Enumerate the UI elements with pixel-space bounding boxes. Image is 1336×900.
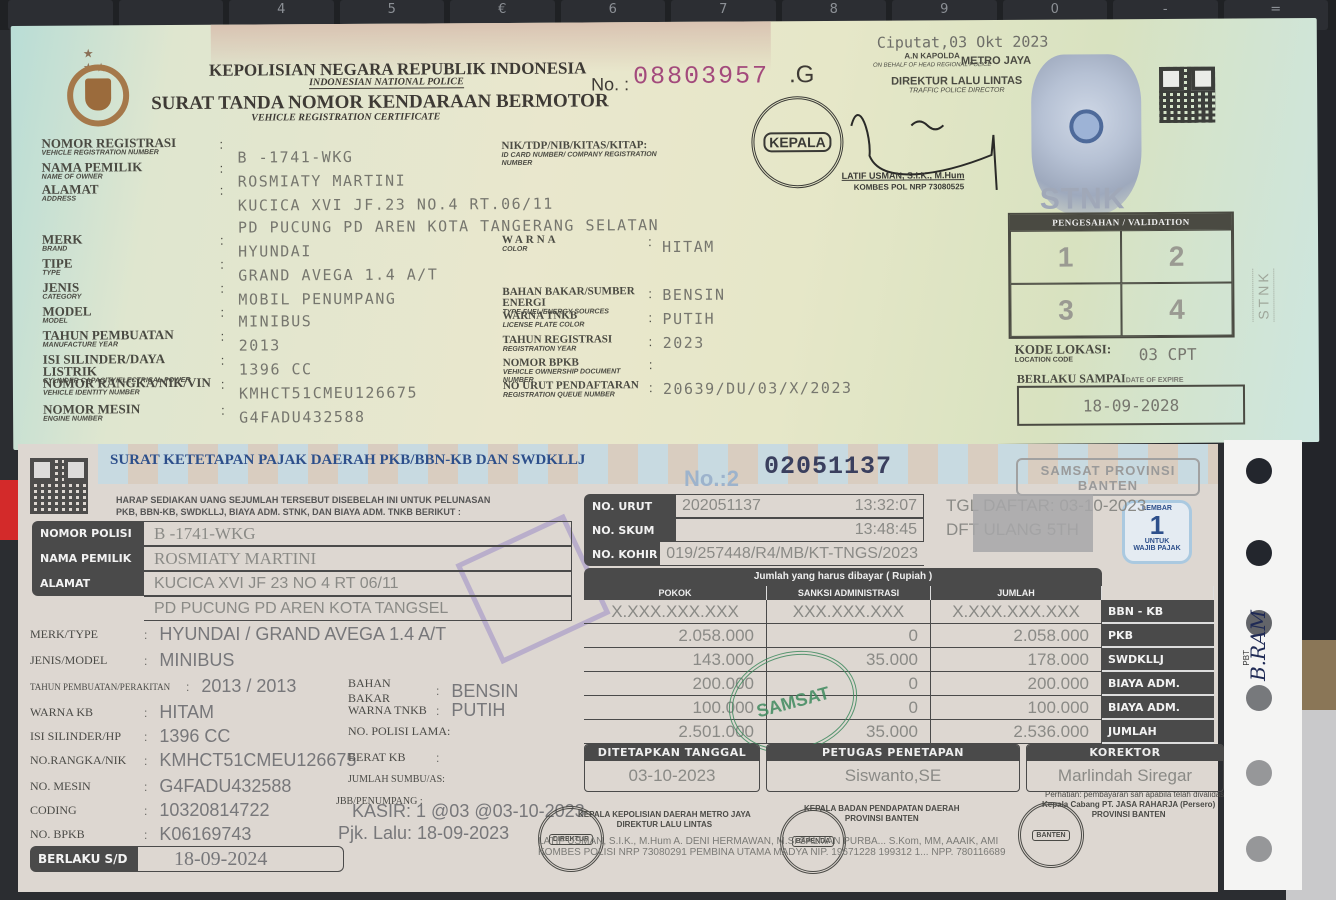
field-warna: WARNACOLOR : HITAM [502,234,715,257]
redaction-block [973,494,1093,552]
registry-table: NO. URUT 20205113713:32:07 NO. SKUM 13:4… [584,494,924,566]
punch-hole-icon [1246,836,1272,862]
ditetapkan-date: 03-10-2023 [585,761,759,791]
owner-label: ALAMAT [32,571,144,596]
director-title: DIREKTUR LALU LINTASTRAFFIC POLICE DIREC… [891,76,1022,97]
payment-row-label: JUMLAH [1102,720,1214,744]
validation-cell: 3 [1010,283,1121,337]
field-label: NOMOR REGISTRASIVEHICLE REGISTRATION NUM… [41,137,219,158]
police-emblem-icon: ★★★ [67,50,129,126]
payment-sanksi: XXX.XXX.XXX [767,600,931,624]
field-label: NOMOR MESINENGINE NUMBER [43,403,221,424]
payment-jumlah: 200.000 [931,672,1102,696]
validation-box: PENGESAHAN / VALIDATION 1 2 3 4 [1008,212,1235,339]
field-value: 20639/DU/03/X/2023 [663,379,853,398]
expiry-date: 18-09-2028 [1017,384,1245,425]
field-label: ALAMATADDRESS [42,183,220,204]
korektor-label: KOREKTOR [1027,745,1223,761]
registry-value: 202051137 [682,497,761,515]
field-label: MERKBRAND [42,233,220,254]
payment-jumlah: X.XXX.XXX.XXX [931,600,1102,624]
field-value: G4FADU432588 [239,408,365,427]
skpd-number-label: No.:2 [684,466,739,492]
field-value: 2023 [663,334,705,352]
payment-row-label: SWDKLLJ [1102,648,1214,672]
field-label: TAHUN REGISTRASIREGISTRATION YEAR [503,334,649,354]
official-stamp-icon: KEPALA [751,96,844,189]
field-label: JENISCATEGORY [42,281,220,302]
spec-merk-type: MERK/TYPE:HYUNDAI / GRAND AVEGA 1.4 A/T [30,624,446,645]
samsat-office-box: SAMSAT PROVINSIBANTEN [1016,458,1200,496]
skpd-number: 02051137 [764,452,892,481]
payment-row-label: BBN - KB [1102,600,1214,624]
agency-title-en: INDONESIAN NATIONAL POLICE [309,76,464,89]
spec-jenis-model: JENIS/MODEL:MINIBUS [30,650,234,671]
serial-suffix: .G [789,61,815,89]
spec-no-polisi-lama: NO. POLISI LAMA: [348,724,450,739]
owner-table: NOMOR POLISI B -1741-WKG NAMA PEMILIK RO… [32,521,572,621]
validation-title: PENGESAHAN / VALIDATION [1010,214,1232,231]
payment-sanksi: 0 [767,624,931,648]
field-label: MODELMODEL [42,305,220,326]
owner-row: NAMA PEMILIK ROSMIATY MARTINI [32,546,572,571]
owner-value: B -1741-WKG [144,521,572,546]
field-tahun-registrasi: TAHUN REGISTRASIREGISTRATION YEAR : 2023 [503,334,705,354]
owner-value: KUCICA XVI JF 23 NO 4 RT 06/11 [144,571,572,596]
punch-hole-icon [1246,540,1272,566]
payment-row-label: BIAYA ADM. TNKB [1102,696,1214,720]
payment-table: Jumlah yang harus dibayar ( Rupiah ) POK… [584,568,1224,744]
owner-label: NOMOR POLISI [32,521,144,546]
owner-row: NOMOR POLISI B -1741-WKG [32,521,572,546]
validation-cell: 4 [1121,283,1232,337]
payment-pokok: 143.000 [584,648,767,672]
punch-hole-icon [1246,458,1272,484]
valid-until: BERLAKU S/D 18-09-2024 [30,846,344,872]
field-label: NAMA PEMILIKNAME OF OWNER [42,161,220,182]
signatory-name: LATIF USMAN, S.I.K., M.Hum [842,170,965,181]
payment-title: Jumlah yang harus dibayar ( Rupiah ) [584,568,1102,586]
punch-hole-icon [1246,685,1272,711]
perforated-strip: PBT B.RAM [1224,440,1302,890]
payment-row-label: PKB [1102,624,1214,648]
petugas-name: Siswanto,SE [767,761,1019,791]
petugas-label: PETUGAS PENETAPAN [767,745,1019,761]
stnk-side-mark: STNK [1252,268,1274,321]
location-code: 03 CPT [1139,345,1197,364]
field-value: KUCICA XVI JF.23 NO.4 RT.06/11 [238,195,554,215]
signer-police: KEPALA KEPOLISIAN DAERAH METRO JAYADIREK… [578,810,751,830]
field-label: WARNA TNKBLICENSE PLATE COLOR [502,310,648,330]
field-alamat: ALAMATADDRESS : KUCICA XVI JF.23 NO.4 RT… [42,181,554,216]
validation-cell: 2 [1121,230,1232,284]
spec-warna-tnkb: WARNA TNKB:PUTIH [348,700,505,721]
signer-names: LATIF USMAN, S.I.K., M.Hum A. DENI HERMA… [538,836,1006,858]
ditetapkan-label: DITETAPKAN TANGGAL [585,745,759,761]
document-title-en: VEHICLE REGISTRATION CERTIFICATE [251,111,440,123]
field-value: KMHCT51CMEU126675 [239,384,418,403]
punch-hole-icon [1246,760,1272,786]
owner-row: ALAMAT KUCICA XVI JF 23 NO 4 RT 06/11 [32,571,572,596]
field-label: TIPETYPE [42,257,220,278]
validation-cell: 1 [1010,230,1121,284]
registry-label: NO. SKUM [584,518,676,542]
payment-column-header: JUMLAH [931,586,1102,600]
validation-notice: Perhatian: pembayaran sah apabila telah … [986,790,1226,800]
qr-code-icon [1159,67,1215,123]
payment-column-header: POKOK [584,586,767,600]
payment-row-label: BIAYA ADM. STNK [1102,672,1214,696]
payment-pokok: 2.058.000 [584,624,767,648]
registry-label: NO. KOHIR [584,542,660,566]
spec-tahun: TAHUN PEMBUATAN/PERAKITAN:2013 / 2013 [30,676,296,697]
field-label: NO URUT PENDAFTARANREGISTRATION QUEUE NU… [503,380,649,400]
spec-no-rangka: NO.RANGKA/NIK:KMHCT51CMEU126675 [30,750,356,771]
owner-value: PD PUCUNG PD AREN KOTA TANGSEL [144,596,572,621]
spec-no-bpkb: NO. BPKB:K06169743 [30,824,251,845]
owner-label: NAMA PEMILIK [32,546,144,571]
payment-jumlah: 178.000 [931,648,1102,672]
serial-number: 08803957 [633,61,769,91]
field-warna-tnkb: WARNA TNKBLICENSE PLATE COLOR : PUTIH [502,310,715,330]
registry-time: 13:48:45 [855,521,917,539]
strip-signature: B.RAM [1246,610,1270,681]
owner-value: ROSMIATY MARTINI [144,546,572,571]
korektor-box: KOREKTOR Marlindah Siregar [1026,744,1224,792]
hologram-icon: STNK [1031,54,1142,215]
field-nomor-rangka: NOMOR RANGKA/NIK/VINVEHICLE IDENTITY NUM… [43,376,418,404]
registry-row: NO. URUT 20205113713:32:07 [584,494,924,518]
payment-jumlah: 100.000 [931,696,1102,720]
skpd-tax-notice: SURAT KETETAPAN PAJAK DAERAH PKB/BBN-KB … [18,444,1218,892]
petugas-box: PETUGAS PENETAPAN Siswanto,SE [766,744,1020,792]
qr-code-icon [30,458,88,514]
serial-label: No. : [591,74,629,95]
skpd-instruction: HARAP SEDIAKAN UANG SEJUMLAH TERSEBUT DI… [116,494,490,518]
field-value: HITAM [662,238,715,256]
ditetapkan-box: DITETAPKAN TANGGAL 03-10-2023 [584,744,760,792]
skpd-title: SURAT KETETAPAN PAJAK DAERAH PKB/BBN-KB … [110,452,585,469]
spec-jumlah-sumbu: JUMLAH SUMBU/AS: [348,774,445,785]
region-label: METRO JAYA [961,55,1031,67]
field-label: WARNACOLOR [502,234,648,254]
stnk-certificate: ★★★ KEPOLISIAN NEGARA REPUBLIK INDONESIA… [11,18,1320,450]
field-label: NIK/TDP/NIB/KITAS/KITAP:ID CARD NUMBER/ … [501,140,671,168]
valid-until-label: BERLAKU S/D [30,846,138,872]
registry-label: NO. URUT [584,494,676,518]
registry-row: NO. SKUM 13:48:45 [584,518,924,542]
spec-warna-kb: WARNA KB:HITAM [30,702,214,723]
field-nomor-mesin: NOMOR MESINENGINE NUMBER : G4FADU432588 [43,402,366,428]
field-label: NOMOR RANGKA/NIK/VINVEHICLE IDENTITY NUM… [43,377,221,398]
valid-until-date: 18-09-2024 [138,846,344,872]
field-no-urut-pendaftaran: NO URUT PENDAFTARANREGISTRATION QUEUE NU… [503,379,853,400]
assessment-boxes: DITETAPKAN TANGGAL 03-10-2023 PETUGAS PE… [584,744,1224,792]
registry-time: 13:32:07 [855,497,917,515]
payment-jumlah: 2.536.000 [931,720,1102,744]
payment-column-header: SANKSI ADMINISTRASI [767,586,931,600]
issue-place-date: Ciputat,03 Okt 2023 [877,33,1049,52]
signatory-rank: KOMBES POL NRP 73080525 [854,182,964,192]
location-code-label: KODE LOKASI:LOCATION CODE [1015,343,1112,366]
spec-berat-kb: BERAT KB: [348,750,451,765]
payment-jumlah: 2.058.000 [931,624,1102,648]
field-nik: NIK/TDP/NIB/KITAS/KITAP:ID CARD NUMBER/ … [501,140,671,168]
spec-no-mesin: NO. MESIN:G4FADU432588 [30,776,291,797]
field-label: TAHUN PEMBUATANMANUFACTURE YEAR [43,329,221,350]
spec-isi-silinder: ISI SILINDER/HP:1396 CC [30,726,230,747]
field-value: BENSIN [662,286,725,304]
registry-row: NO. KOHIR 019/257448/R4/MB/KT-TNGS/2023 [584,542,924,566]
owner-row: PD PUCUNG PD AREN KOTA TANGSEL [32,596,572,621]
registry-value: 019/257448/R4/MB/KT-TNGS/2023 [666,545,918,563]
jasa-raharja-stamp-icon: BANTEN [1018,802,1084,868]
korektor-name: Marlindah Siregar [1027,761,1223,791]
payment-pokok: X.XXX.XXX.XXX [584,600,767,624]
field-value: PUTIH [662,310,715,328]
owner-label [32,596,144,621]
spec-coding: CODING:10320814722 [30,800,269,821]
